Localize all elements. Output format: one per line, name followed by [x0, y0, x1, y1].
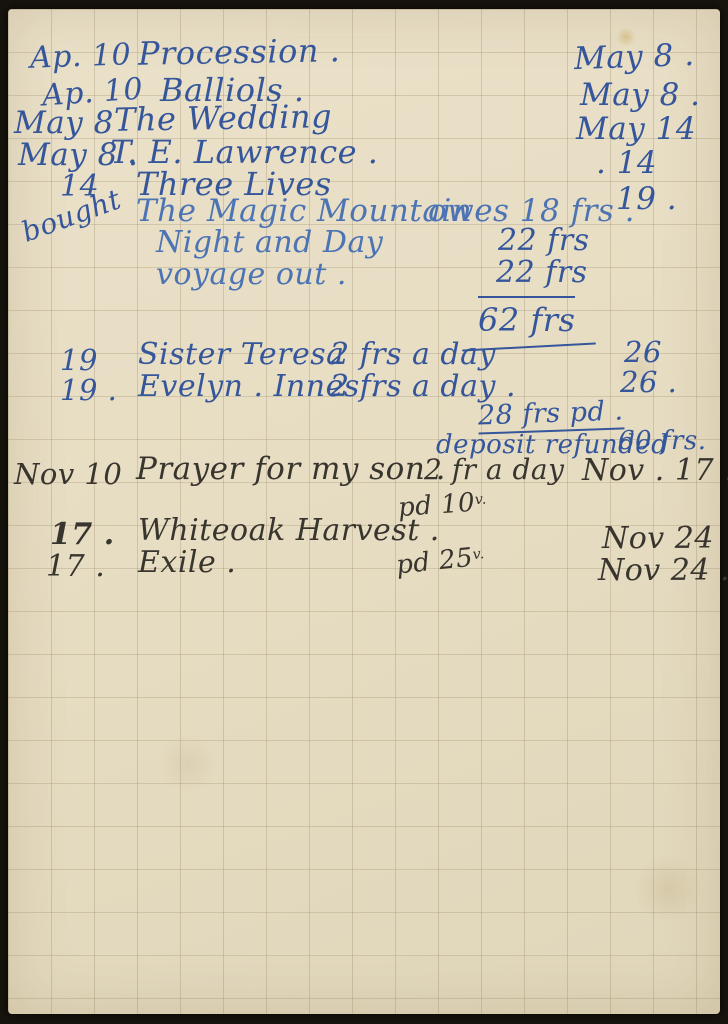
- entry-return-date: Nov 24: [602, 524, 714, 554]
- entry-title: The Wedding: [114, 100, 333, 136]
- entry-date: 19 .: [60, 376, 117, 405]
- entry-title: Exile .: [138, 548, 236, 578]
- entry-return-date: 26 .: [620, 368, 677, 397]
- scanned-lending-card-page: Ap. 10 Procession . May 8 . Ap. 10 Balli…: [0, 0, 728, 1024]
- entry-title: The Magic Mountain: [136, 196, 472, 227]
- entry-date: Ap. 10: [30, 40, 132, 74]
- entry-date: May 8: [14, 108, 114, 139]
- entry-return-date: May 8 .: [580, 80, 701, 111]
- payment-note-superscript: v.: [474, 491, 487, 508]
- entry-return-date: . 14: [596, 148, 657, 179]
- entry-return-date: May 14: [576, 114, 696, 145]
- entry-note: 2 frs a day: [330, 340, 496, 370]
- entry-date: Nov 10: [14, 460, 122, 489]
- entry-amount: 22 frs: [498, 226, 590, 256]
- entry-note: 2 fr a day: [424, 456, 564, 484]
- deposit-amount: 60 frs.: [618, 428, 707, 454]
- entry-title: Night and Day: [156, 228, 383, 258]
- entry-date: 17 .: [46, 552, 105, 582]
- entry-title: Whiteoak Harvest .: [138, 516, 440, 546]
- entry-date: 19: [60, 346, 98, 375]
- payment-note: 28 frs pd .: [477, 397, 624, 434]
- total-amount: 62 frs: [478, 296, 575, 336]
- entry-return-date: 26: [624, 338, 662, 367]
- entry-title: voyage out .: [156, 260, 347, 290]
- entry-date: 17 .: [50, 520, 115, 550]
- entry-title: Sister Teresa: [138, 340, 345, 370]
- entry-amount: 22 frs: [496, 258, 588, 288]
- entry-title: Procession .: [138, 34, 341, 70]
- entry-title: Prayer for my son .: [136, 454, 446, 485]
- payment-note-superscript: v.: [472, 546, 486, 563]
- entry-title: T. E. Lawrence .: [110, 136, 378, 168]
- entry-return-date: Nov . 17 .: [582, 456, 728, 486]
- entry-return-date: May 8 .: [573, 40, 695, 75]
- entry-note: 2 frs a day .: [330, 372, 516, 402]
- entry-return-date: Nov 24 .: [598, 556, 728, 586]
